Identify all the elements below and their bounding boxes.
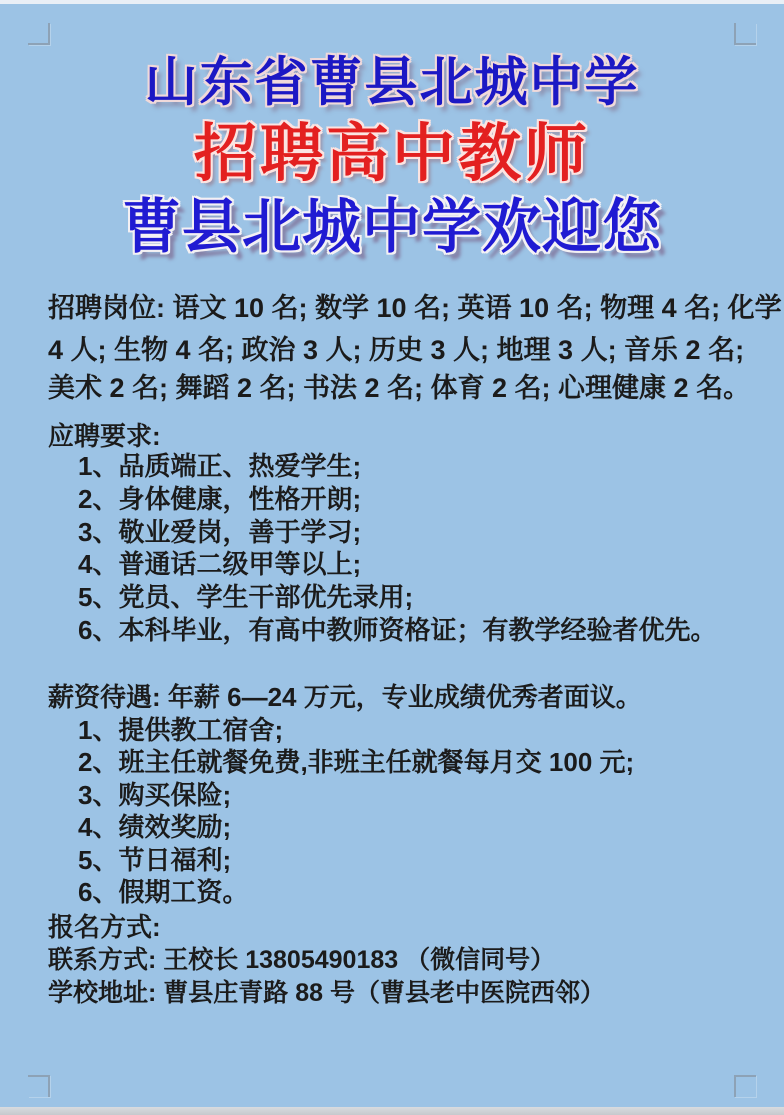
bottom-edge-strip [0,1107,784,1115]
salary-item-5: 5、节日福利; [78,842,744,878]
corner-mark-bottom-right [734,1075,756,1097]
contact-line: 联系方式: 王校长 13805490183 （微信同号） [48,942,744,978]
address-line: 学校地址: 曹县庄青路 88 号（曹县老中医院西邻） [48,975,744,1011]
salary-item-4: 4、绩效奖励; [78,809,744,845]
school-name-title: 山东省曹县北城中学 [0,52,784,114]
welcome-title: 曹县北城中学欢迎您 [0,192,784,262]
salary-item-6: 6、假期工资。 [78,874,744,910]
requirement-item-6: 6、本科毕业，有高中教师资格证；有教学经验者优先。 [78,612,744,648]
requirement-item-4: 4、普通话二级甲等以上; [78,546,744,582]
recruit-title: 招聘高中教师 [0,118,784,190]
salary-item-1: 1、提供教工宿舍; [78,712,744,748]
requirement-item-3: 3、敬业爱岗，善于学习; [78,514,744,550]
positions-line-2: 4 人; 生物 4 名; 政治 3 人; 历史 3 人; 地理 3 人; 音乐 … [48,332,744,368]
corner-mark-top-right [734,23,756,45]
positions-line-1: 招聘岗位: 语文 10 名; 数学 10 名; 英语 10 名; 物理 4 名;… [48,290,744,326]
corner-mark-top-left [28,23,50,45]
corner-mark-bottom-left [28,1075,50,1097]
salary-item-3: 3、购买保险; [78,777,744,813]
top-edge-strip [0,0,784,4]
positions-line-3: 美术 2 名; 舞蹈 2 名; 书法 2 名; 体育 2 名; 心理健康 2 名… [48,370,744,406]
requirement-item-2: 2、身体健康，性格开朗; [78,481,744,517]
salary-item-2: 2、班主任就餐免费,非班主任就餐每月交 100 元; [78,744,744,780]
recruitment-poster: 山东省曹县北城中学 招聘高中教师 曹县北城中学欢迎您 招聘岗位: 语文 10 名… [0,0,784,1115]
signup-heading: 报名方式: [48,909,744,945]
salary-heading: 薪资待遇: 年薪 6—24 万元，专业成绩优秀者面议。 [48,679,744,715]
requirement-item-5: 5、党员、学生干部优先录用; [78,579,744,615]
requirement-item-1: 1、品质端正、热爱学生; [78,448,744,484]
